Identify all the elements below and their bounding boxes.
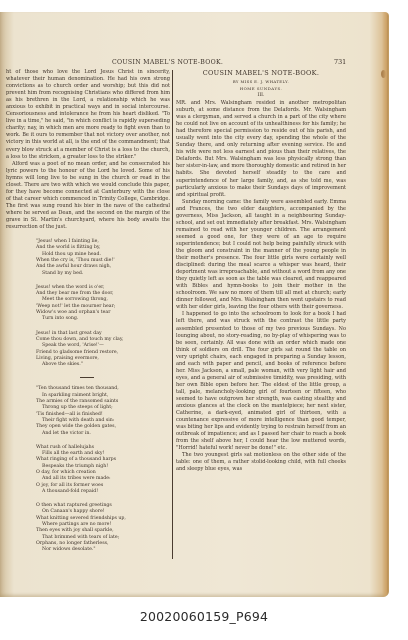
stanza: Jesus! when the word is o'er,And they be… [36, 285, 170, 323]
stanza: What rush of hallelujahsFills all the ea… [36, 445, 170, 495]
right-column: COUSIN MABEL'S NOTE-BOOK. BY MISS E. J. … [176, 69, 346, 473]
poem-line: Turn into song. [36, 316, 170, 322]
image-caption: 20020060159_P694 [0, 609, 408, 624]
column-divider [172, 70, 173, 559]
running-head: COUSIN MABEL'S NOTE-BOOK. [112, 59, 223, 66]
paragraph: MR. and Mrs. Walsingham resided in anoth… [176, 100, 346, 199]
stanza: Jesus! in that last great dayCome thou d… [36, 331, 170, 369]
paper-stain [381, 70, 386, 78]
paragraph: Alford was a poet of no mean order, and … [6, 161, 170, 231]
hymn-jesus-when-i-fainting-lie: "Jesus! when I fainting lie,And the worl… [6, 239, 170, 368]
poem-line: Stand by my bed. [36, 271, 170, 277]
poem-line: Above the skies." [36, 362, 170, 368]
paragraph: ht of those who love the Lord Jesus Chri… [6, 69, 170, 161]
left-column: ht of those who love the Lord Jesus Chri… [0, 69, 170, 554]
paragraph: I happened to go into the schoolroom to … [176, 311, 346, 452]
part-number: III. [176, 92, 346, 99]
article-title: COUSIN MABEL'S NOTE-BOOK. [176, 69, 346, 78]
poem-line: And let the victor in. [36, 431, 170, 437]
stanza: O then what raptured greetingsOn Canaan'… [36, 503, 170, 553]
poem-line: Nor widows desolate." [36, 547, 170, 553]
paragraph: The two youngest girls sat motionless on… [176, 452, 346, 473]
book-page: COUSIN MABEL'S NOTE-BOOK. 731 ht of thos… [0, 12, 389, 597]
hymn-ten-thousand-times: "Ten thousand times ten thousand,In spar… [6, 386, 170, 553]
subtitle: HOME SUNDAYS. [176, 85, 346, 92]
section-rule [80, 377, 94, 378]
stanza: "Ten thousand times ten thousand,In spar… [36, 386, 170, 436]
page-number: 731 [334, 58, 346, 66]
poem-line: A thousand-fold repaid! [36, 489, 170, 495]
stanza: "Jesus! when I fainting lie,And the worl… [36, 239, 170, 277]
paragraph: Sunday morning came: the family were ass… [176, 199, 346, 312]
